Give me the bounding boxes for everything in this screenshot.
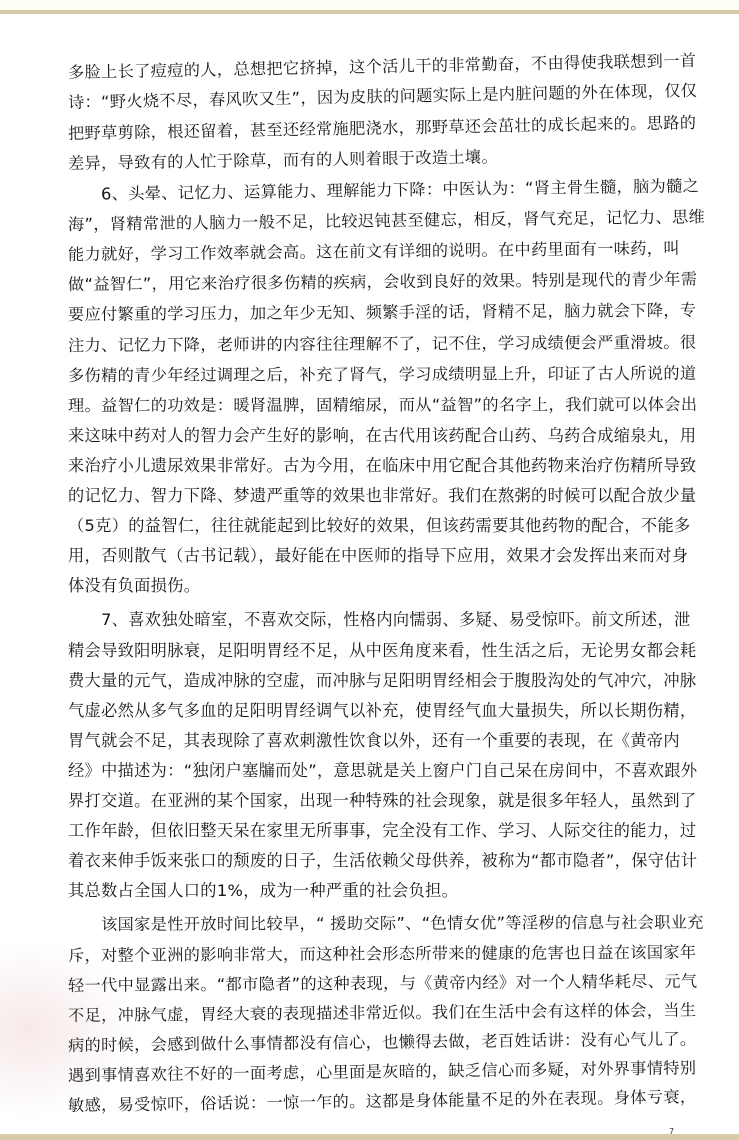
- text-line: 费大量的元气，造成冲脉的空虚，而冲脉与足阳明胃经相会于腹股沟处的气冲穴，冲脉: [68, 671, 688, 691]
- text-line: 注力、记忆力下降，老师讲的内容往往理解不了，记不住，学习成绩便会严重滑坡。很: [68, 333, 688, 356]
- text-line: 胃气就会不足，其表现除了喜欢刺激性饮食以外，还有一个重要的表现，在《黄帝内: [68, 731, 688, 751]
- scan-bottom-edge: [0, 1134, 739, 1140]
- text-line: 着衣来伸手饭来张口的颓废的日子，生活依赖父母供养，被称为“都市隐者”，保守估计: [68, 851, 688, 871]
- text-line: 其总数占全国人口的1%，成为一种严重的社会负担。: [68, 881, 688, 901]
- text-line: 来治疗小儿遗尿效果非常好。古为今用，在临床中用它配合其他药物来治疗伤精所导致: [68, 456, 688, 476]
- text-line: 7、喜欢独处暗室，不喜欢交际，性格内向懦弱、多疑、易受惊吓。前文所述，泄: [68, 610, 688, 630]
- text-line: 该国家是性开放时间比较早，“ 援助交际”、“色情女优”等淫秽的信息与社会职业充: [68, 913, 688, 935]
- scan-top-margin: [0, 0, 739, 10]
- text-line: 界打交道。在亚洲的某个国家，出现一种特殊的社会现象，就是很多年轻人，虽然到了: [68, 791, 688, 811]
- text-line: 工作年龄，但依旧整天呆在家里无所事事，完全没有工作、学习、人际交往的能力，过: [68, 821, 688, 841]
- text-line: 多伤精的青少年经过调理之后，补充了肾气，学习成绩明显上升，印证了古人所说的道: [68, 364, 688, 386]
- text-line: 斥，对整个亚洲的影响非常大，而这种社会形态所带来的健康的危害也日益在该国家年: [68, 943, 688, 966]
- text-line: 来这味中药对人的智力会产生好的影响，在古代用该药配合山药、乌药合成缩泉丸，用: [68, 426, 688, 446]
- page-number: 7: [669, 1127, 674, 1136]
- scan-smudge: [0, 940, 140, 1120]
- text-line: 经》中描述为：“独闭户塞牖而处”，意思就是关上窗户门自己呆在房间中，不喜欢跟外: [68, 761, 688, 781]
- text-line: 用，否则散气（古书记载），最好能在中医师的指导下应用，效果才会发挥出来而对身: [68, 546, 688, 566]
- text-line: 体没有负面损伤。: [68, 576, 688, 596]
- text-line: 精会导致阳明脉衰，足阳明胃经不足，从中医角度来看，性生活之后，无论男女都会耗: [68, 641, 688, 661]
- text-line: 的记忆力、智力下降、梦遗严重等的效果也非常好。我们在熬粥的时候可以配合放少量: [68, 486, 688, 506]
- text-line: 气虚必然从多气多血的足阳明胃经调气以补充，使胃经气血大量损失，所以长期伤精，: [68, 701, 688, 721]
- text-line: （5克）的益智仁，往往就能起到比较好的效果，但该药需要其他药物的配合，不能多: [68, 516, 688, 536]
- text-line: 理。益智仁的功效是：暖肾温脾，固精缩尿，而从“益智”的名字上，我们就可以体会出: [68, 395, 688, 416]
